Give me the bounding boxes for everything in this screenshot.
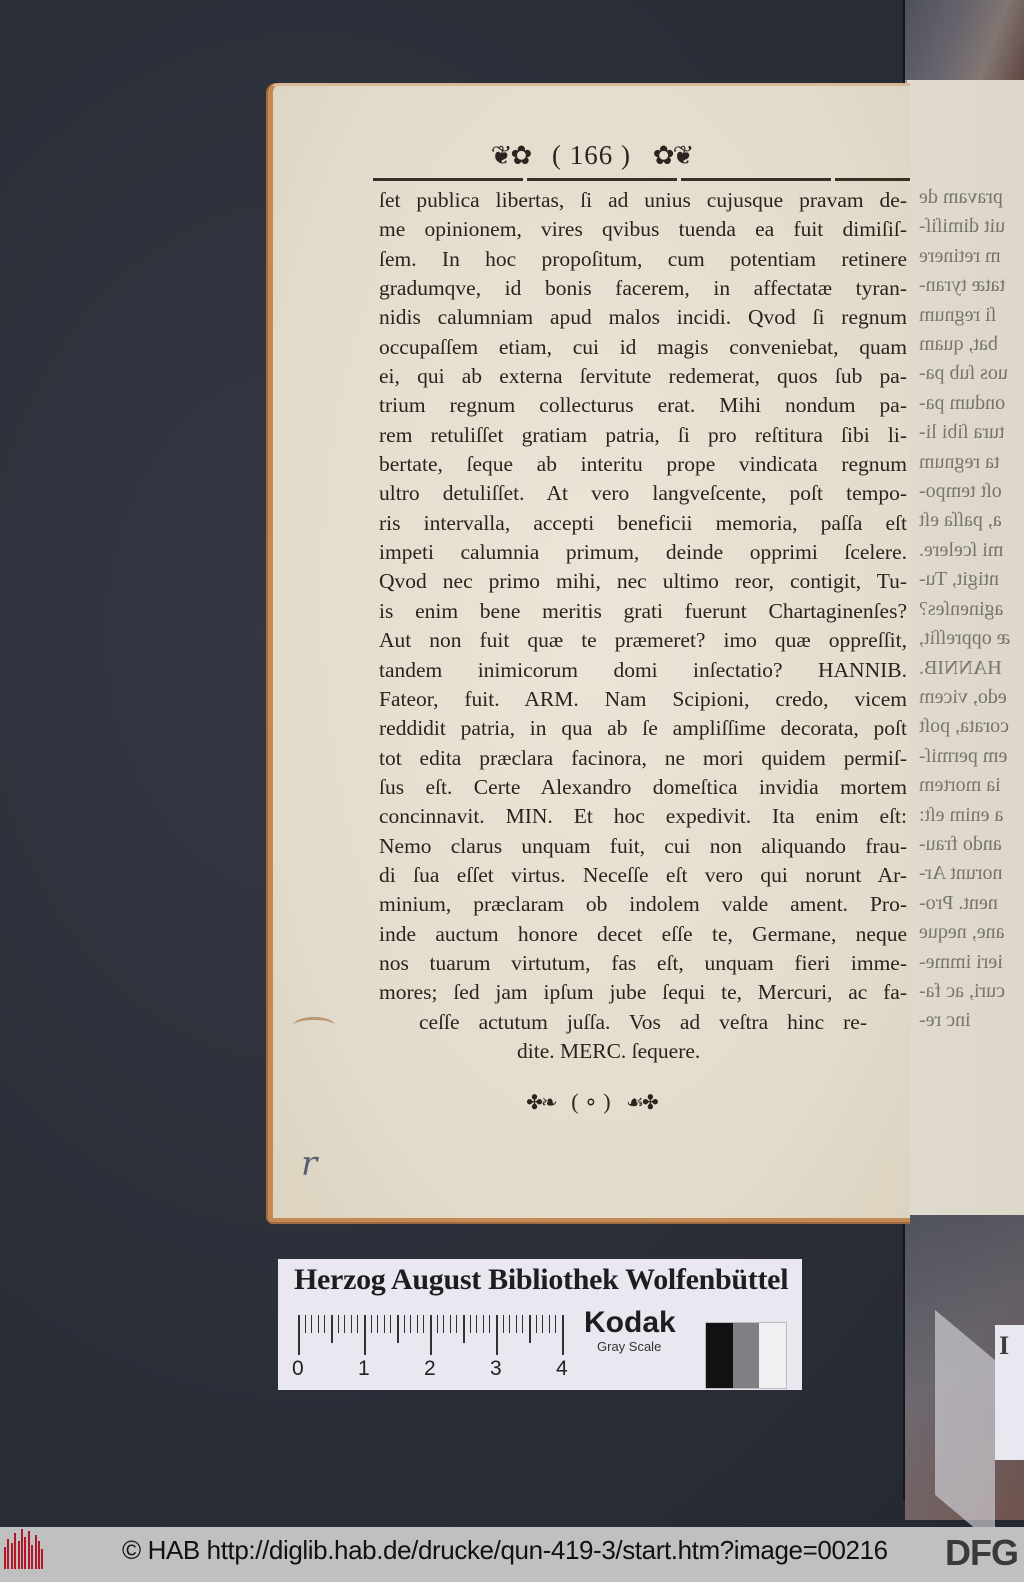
ruler-tick	[489, 1315, 490, 1333]
ruler-tick	[364, 1315, 366, 1355]
ghost-text-line: ta regnum	[909, 448, 1024, 477]
ruler-tick	[555, 1315, 556, 1333]
logo-bar	[41, 1549, 43, 1569]
color-reference-card: Herzog August Bibliothek Wolfenbüttel 01…	[278, 1259, 802, 1390]
ruler-tick	[397, 1315, 399, 1343]
ruler-label: 4	[556, 1357, 568, 1381]
library-name: Herzog August Bibliothek Wolfenbüttel	[294, 1263, 788, 1297]
ruler-label: 0	[292, 1357, 304, 1381]
mirrored-show-through-text: pravam deuit dimiſiſ-m retineretatæ tyra…	[909, 183, 1024, 1036]
text-line: Nemo clarus unquam fuit, cui non aliquan…	[379, 832, 907, 861]
text-line: nos tuarum virtutum, fas eſt, unquam fie…	[379, 949, 907, 978]
text-line: inde auctum honore decet eſſe te, German…	[379, 920, 907, 949]
ruler-label: 2	[424, 1357, 436, 1381]
ghost-text-line: em permiſ-	[909, 742, 1024, 771]
ruler-tick	[483, 1315, 484, 1333]
footer-bar: © HAB http://diglib.hab.de/drucke/qun-41…	[0, 1527, 1024, 1582]
kodak-logo: Kodak	[584, 1306, 676, 1340]
logo-bar	[24, 1537, 26, 1569]
ghost-text-line: mi ſcelere.	[909, 536, 1024, 565]
ruler-tick	[430, 1315, 432, 1355]
ghost-text-line: corata, poſt	[909, 712, 1024, 741]
text-line: tandem inimicorum domi inſectatio? HANNI…	[379, 656, 907, 685]
logo-bar	[4, 1547, 6, 1569]
closing-text-line: dite. MERC. ſequere.	[379, 1037, 907, 1066]
ghost-text-line: bat, quam	[909, 330, 1024, 359]
ruler-tick	[463, 1315, 465, 1343]
ruler-tick	[377, 1315, 378, 1333]
ghost-text-line: ieri imme-	[909, 948, 1024, 977]
measurement-ruler	[298, 1315, 564, 1361]
text-line: Qvod nec primo mihi, nec ultimo reor, co…	[379, 567, 907, 596]
text-line: concinnavit. MIN. Et hoc expedivit. Ita …	[379, 802, 907, 831]
ruler-tick	[470, 1315, 471, 1333]
ruler-tick	[311, 1315, 312, 1333]
ruler-tick	[324, 1315, 325, 1333]
ghost-text-line: ſi regnum	[909, 301, 1024, 330]
ghost-text-line: nent. Pro-	[909, 889, 1024, 918]
fleuron-right-icon: ✿❦	[653, 141, 693, 170]
header-rule	[373, 178, 910, 181]
text-line: Aut non fuit quæ te præmeret? imo quæ op…	[379, 626, 907, 655]
ruler-tick	[357, 1315, 358, 1333]
text-line: di ſua eſſet virtus. Neceſſe eſt vero qu…	[379, 861, 907, 890]
logo-bar	[14, 1533, 16, 1569]
ghost-text-line: edo, vicem	[909, 683, 1024, 712]
copyright-url[interactable]: © HAB http://diglib.hab.de/drucke/qun-41…	[122, 1535, 888, 1566]
ruler-tick	[509, 1315, 510, 1333]
adjacent-color-card-stub: I	[995, 1325, 1024, 1460]
ghost-text-line: oſt tempo-	[909, 477, 1024, 506]
text-line: trium regnum collecturus erat. Mihi nond…	[379, 391, 907, 420]
ruler-tick	[404, 1315, 405, 1333]
logo-bar	[11, 1543, 13, 1569]
ghost-text-line: a enim eſt:	[909, 801, 1024, 830]
pencil-annotation: r	[301, 1144, 317, 1184]
text-line: Fateor, fuit. ARM. Nam Scipioni, credo, …	[379, 685, 907, 714]
ruler-tick	[549, 1315, 550, 1333]
ghost-text-line: m retinere	[909, 242, 1024, 271]
page-number: ( 166 )	[552, 140, 631, 170]
ghost-text-line: ntigit, Tu-	[909, 565, 1024, 594]
ghost-text-line: æ oppreſſit,	[909, 624, 1024, 653]
ruler-tick	[423, 1315, 424, 1333]
ghost-text-line: tatæ tyran-	[909, 271, 1024, 300]
ghost-text-line: inc re-	[909, 1006, 1024, 1035]
ruler-tick	[371, 1315, 372, 1333]
ghost-text-line: ia mortem	[909, 771, 1024, 800]
logo-bar	[7, 1539, 9, 1569]
text-line: impeti calumnia primum, deinde opprimi ſ…	[379, 538, 907, 567]
page-header: ❦✿ ( 166 ) ✿❦	[273, 140, 910, 171]
ruler-tick	[536, 1315, 537, 1333]
logo-bar	[35, 1535, 37, 1569]
ruler-tick	[516, 1315, 517, 1333]
logo-bar	[38, 1541, 40, 1569]
ruler-label: 1	[358, 1357, 370, 1381]
text-line: ultro detuliſſet. At vero langveſcente, …	[379, 479, 907, 508]
fleuron-right-icon: ☙✤	[626, 1092, 657, 1114]
ruler-tick	[437, 1315, 438, 1333]
text-line: is enim bene meritis grati fuerunt Chart…	[379, 597, 907, 626]
page-footer-ornament: ✤❧ ( ∘ ) ☙✤	[273, 1089, 910, 1115]
logo-bar	[28, 1531, 30, 1569]
ghost-text-line: uit dimiſiſ-	[909, 212, 1024, 241]
text-line: nidis calumniam apud malos incidi. Qvod …	[379, 303, 907, 332]
ghost-text-line: uos ſub pa-	[909, 359, 1024, 388]
gray-patch	[759, 1323, 786, 1388]
text-line: occupaſſem etiam, cui id magis convenieb…	[379, 333, 907, 362]
text-line: ſet publica libertas, ſi ad unius cujusq…	[379, 186, 907, 215]
text-line: rem retuliſſet gratiam patria, ſi pro re…	[379, 421, 907, 450]
logo-bar	[18, 1541, 20, 1569]
ruler-tick	[338, 1315, 339, 1333]
ruler-tick	[522, 1315, 523, 1333]
ruler-labels: 01234	[292, 1357, 582, 1385]
ruler-tick	[542, 1315, 543, 1333]
text-line: ris intervalla, accepti beneficii memori…	[379, 509, 907, 538]
logo-bar	[21, 1529, 23, 1569]
fleuron-left-icon: ❦✿	[491, 141, 531, 170]
ghost-text-line: norunt Ar-	[909, 859, 1024, 888]
ghost-text-line: aginenſes?	[909, 595, 1024, 624]
facing-page-bleed: pravam deuit dimiſiſ-m retineretatæ tyra…	[905, 80, 1024, 1215]
ruler-tick	[331, 1315, 333, 1343]
ruler-tick	[450, 1315, 451, 1333]
book-page: ❦✿ ( 166 ) ✿❦ ſet publica libertas, ſi a…	[268, 83, 910, 1222]
text-line: mores; ſed jam ipſum jube ſequi te, Merc…	[379, 978, 907, 1007]
closing-text-line: ceſſe actutum juſſa. Vos ad veſtra hinc …	[379, 1008, 907, 1037]
gray-patch	[706, 1323, 733, 1388]
ruler-tick	[305, 1315, 306, 1333]
text-line: me opinionem, vires qvibus tuenda ea fui…	[379, 215, 907, 244]
ghost-text-line: ane, neque	[909, 918, 1024, 947]
text-line: ſus eſt. Certe Alexandro domeſtica invid…	[379, 773, 907, 802]
logo-bar	[31, 1545, 33, 1569]
dfg-logo: DFG	[945, 1532, 1018, 1574]
text-line: ei, qui ab externa ſervitute redemerat, …	[379, 362, 907, 391]
text-line: reddidit patria, in qua ab ſe ampliſſime…	[379, 714, 907, 743]
gray-scale-patches	[705, 1322, 787, 1389]
text-line: tot edita præclara facinora, ne mori qui…	[379, 744, 907, 773]
scan-background-bottom-right: I	[905, 1215, 1024, 1520]
text-line: minium, præclaram ob indolem valde ament…	[379, 890, 907, 919]
hab-logo-icon	[4, 1533, 48, 1573]
ruler-tick	[562, 1315, 564, 1355]
ruler-tick	[443, 1315, 444, 1333]
text-line: ſem. In hoc propoſitum, cum potentiam re…	[379, 245, 907, 274]
ruler-tick	[529, 1315, 531, 1343]
ruler-tick	[456, 1315, 457, 1333]
ghost-text-line: curi, ac fa-	[909, 977, 1024, 1006]
fleuron-left-icon: ✤❧	[526, 1092, 556, 1114]
paper-slip	[935, 1310, 995, 1545]
ruler-tick	[390, 1315, 391, 1333]
text-line: gradumqve, id bonis facerem, in affectat…	[379, 274, 907, 303]
ghost-text-line: ondum pa-	[909, 389, 1024, 418]
gray-patch	[733, 1323, 760, 1388]
ruler-tick	[410, 1315, 411, 1333]
footer-mark: ( ∘ )	[571, 1089, 610, 1114]
paper-stain	[293, 1017, 335, 1034]
ruler-tick	[298, 1315, 300, 1355]
ghost-text-line: pravam de	[909, 183, 1024, 212]
ruler-tick	[503, 1315, 504, 1333]
scan-background-top-right	[905, 0, 1024, 80]
ruler-tick	[496, 1315, 498, 1355]
gray-scale-label: Gray Scale	[597, 1339, 661, 1354]
ruler-tick	[384, 1315, 385, 1333]
ghost-text-line: HANNIB.	[909, 654, 1024, 683]
ruler-label: 3	[490, 1357, 502, 1381]
ruler-tick	[351, 1315, 352, 1333]
ghost-text-line: tura ſibi li-	[909, 418, 1024, 447]
ruler-tick	[318, 1315, 319, 1333]
ghost-text-line: a, paſſa eſt	[909, 506, 1024, 535]
ruler-tick	[344, 1315, 345, 1333]
ghost-text-line: ando frau-	[909, 830, 1024, 859]
page-body-text: ſet publica libertas, ſi ad unius cujusq…	[379, 186, 907, 1066]
text-line: bertate, ſeque ab interitu prope vindica…	[379, 450, 907, 479]
ruler-tick	[417, 1315, 418, 1333]
ruler-tick	[476, 1315, 477, 1333]
